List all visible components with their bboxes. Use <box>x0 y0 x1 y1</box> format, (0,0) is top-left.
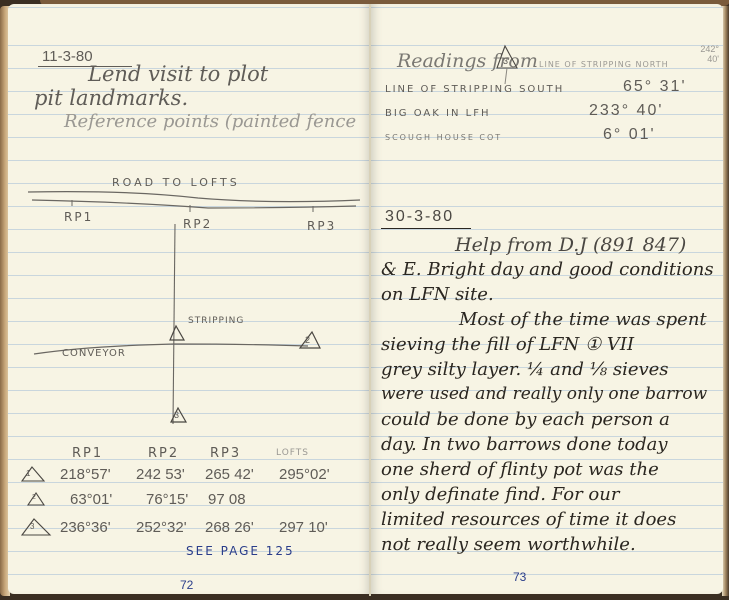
entry-line: were used and really only one barrow <box>381 384 707 404</box>
entry-line: not really seem worthwhile. <box>381 534 636 555</box>
site-sketch <box>8 4 370 424</box>
reading-label: LINE OF STRIPPING SOUTH <box>385 84 564 95</box>
table-cell: 97 08 <box>208 491 246 508</box>
table-cell: 252°32' <box>136 519 187 536</box>
entry-line: could be done by each person a <box>381 409 670 430</box>
table-cell: 242 53' <box>136 466 185 483</box>
notebook-page-edges-right <box>722 6 729 596</box>
reading-value: 6° 01' <box>603 126 656 144</box>
table-cell: 218°57' <box>60 466 111 483</box>
conveyor-label: CONVEYOR <box>62 348 126 359</box>
left-page: 11-3-80 Lend visit to plot pit landmarks… <box>8 4 370 594</box>
rp2-label: RP2 <box>183 217 212 231</box>
page-number: 73 <box>513 570 526 584</box>
entry-line: only definate find. For our <box>381 484 619 505</box>
reading-label: LINE OF STRIPPING NORTH <box>539 60 669 69</box>
table-cell: 297 10' <box>279 519 328 536</box>
table-cell: 268 26' <box>205 519 254 536</box>
table-cell: 63°01' <box>70 491 112 508</box>
table-cell: 295°02' <box>279 466 330 483</box>
date-underline <box>381 228 471 229</box>
rp3-label: RP3 <box>307 219 336 233</box>
cross-reference-note: SEE PAGE 125 <box>186 544 295 558</box>
table-cell: 265 42' <box>205 466 254 483</box>
station-3-triangle <box>495 44 535 84</box>
station-2-marker: 2 <box>305 335 310 345</box>
entry-line: grey silty layer. ¼ and ⅛ sieves <box>381 359 669 380</box>
entry-line: day. In two barrows done today <box>381 434 668 455</box>
entry-date: 30-3-80 <box>385 208 454 226</box>
entry-line: one sherd of flinty pot was the <box>381 459 659 480</box>
reading-value: 233° 40' <box>589 102 663 120</box>
entry-line: Most of the time was spent <box>459 309 707 330</box>
rp1-label: RP1 <box>64 210 93 224</box>
table-cell: 236°36' <box>60 519 111 536</box>
station-2-table-marker: 2 <box>32 494 36 501</box>
entry-line: sieving the fill of LFN ① VII <box>381 334 634 355</box>
entry-line: & E. Bright day and good conditions <box>381 259 714 280</box>
reading-value: 65° 31' <box>623 78 687 96</box>
entry-line: Help from D.J (891 847) <box>455 234 686 256</box>
reading-value: 242° 40' <box>687 44 719 64</box>
page-number: 72 <box>180 578 193 592</box>
station-1-marker: 1 <box>26 469 30 478</box>
road-label: ROAD TO LOFTS <box>112 176 240 189</box>
reading-label: SCOUGH HOUSE COT <box>385 133 502 142</box>
station-3-marker: 3 <box>174 410 179 420</box>
reading-label: BIG OAK IN LFH <box>385 108 490 119</box>
stripping-label: STRIPPING <box>188 316 244 326</box>
right-page: Readings from 3 LINE OF STRIPPING NORTH … <box>371 4 723 594</box>
entry-line: on LFN site. <box>381 284 494 305</box>
entry-line: limited resources of time it does <box>381 509 676 530</box>
col-lofts: LOFTS <box>276 448 309 458</box>
readings-station: 3 <box>503 56 508 66</box>
table-cell: 76°15' <box>146 491 188 508</box>
station-3-table-marker: 3 <box>30 522 34 531</box>
